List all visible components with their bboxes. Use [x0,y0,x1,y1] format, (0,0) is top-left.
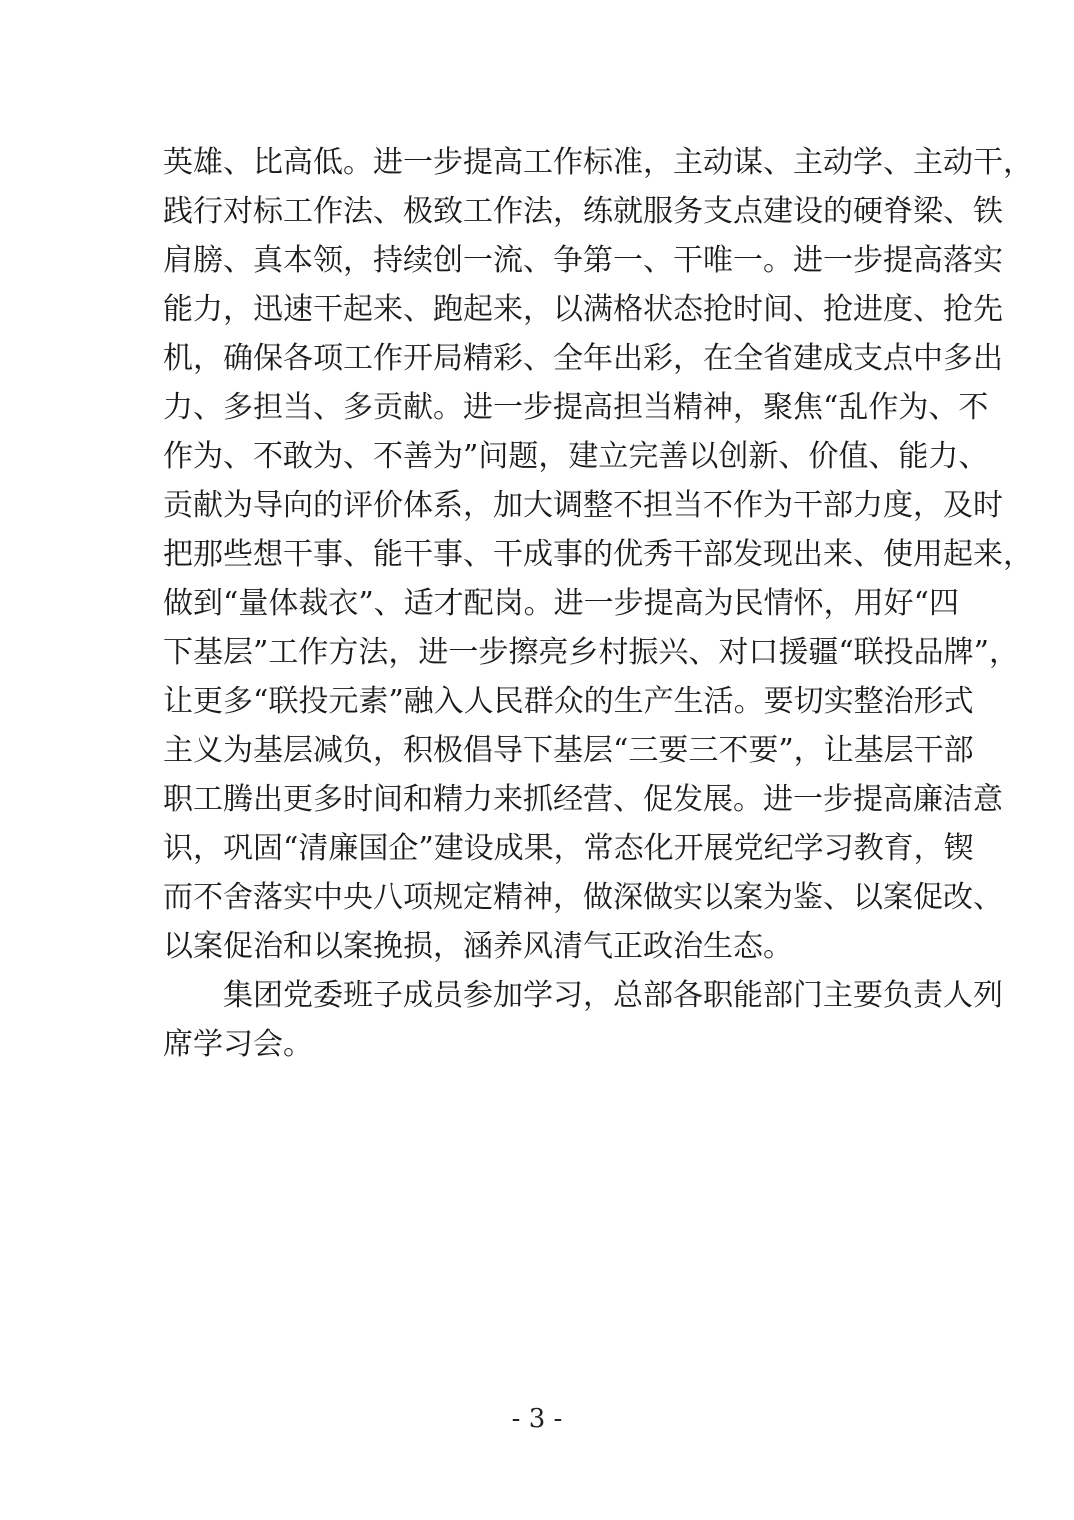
text-line: 职工腾出更多时间和精力来抓经营、促发展。进一步提高廉洁意 [163,775,915,824]
paragraph-1: 英雄、比高低。进一步提高工作标准，主动谋、主动学、主动干， 践行对标工作法、极致… [163,138,915,971]
page-number: - 3 - [0,1404,1074,1434]
text-line: 识，巩固“清廉国企”建设成果，常态化开展党纪学习教育，锲 [163,824,915,873]
paragraph-2: 集团党委班子成员参加学习，总部各职能部门主要负责人列 席学习会。 [163,971,915,1069]
text-line: 贡献为导向的评价体系，加大调整不担当不作为干部力度，及时 [163,481,915,530]
text-line: 英雄、比高低。进一步提高工作标准，主动谋、主动学、主动干， [163,138,915,187]
text-line: 机，确保各项工作开局精彩、全年出彩，在全省建成支点中多出 [163,334,915,383]
text-line: 让更多“联投元素”融入人民群众的生产生活。要切实整治形式 [163,677,915,726]
text-line: 集团党委班子成员参加学习，总部各职能部门主要负责人列 [163,971,915,1020]
text-line: 而不舍落实中央八项规定精神，做深做实以案为鉴、以案促改、 [163,873,915,922]
text-line: 作为、不敢为、不善为”问题，建立完善以创新、价值、能力、 [163,432,915,481]
text-line: 肩膀、真本领，持续创一流、争第一、干唯一。进一步提高落实 [163,236,915,285]
text-line: 把那些想干事、能干事、干成事的优秀干部发现出来、使用起来， [163,530,915,579]
text-line: 力、多担当、多贡献。进一步提高担当精神，聚焦“乱作为、不 [163,383,915,432]
document-body: 英雄、比高低。进一步提高工作标准，主动谋、主动学、主动干， 践行对标工作法、极致… [163,138,915,1069]
text-line: 做到“量体裁衣”、适才配岗。进一步提高为民情怀，用好“四 [163,579,915,628]
document-page: 英雄、比高低。进一步提高工作标准，主动谋、主动学、主动干， 践行对标工作法、极致… [0,0,1074,1520]
text-line: 践行对标工作法、极致工作法，练就服务支点建设的硬脊梁、铁 [163,187,915,236]
text-line: 席学习会。 [163,1020,915,1069]
text-line: 以案促治和以案挽损，涵养风清气正政治生态。 [163,922,915,971]
text-line: 能力，迅速干起来、跑起来，以满格状态抢时间、抢进度、抢先 [163,285,915,334]
text-line: 下基层”工作方法，进一步擦亮乡村振兴、对口援疆“联投品牌”， [163,628,915,677]
text-line: 主义为基层减负，积极倡导下基层“三要三不要”，让基层干部 [163,726,915,775]
